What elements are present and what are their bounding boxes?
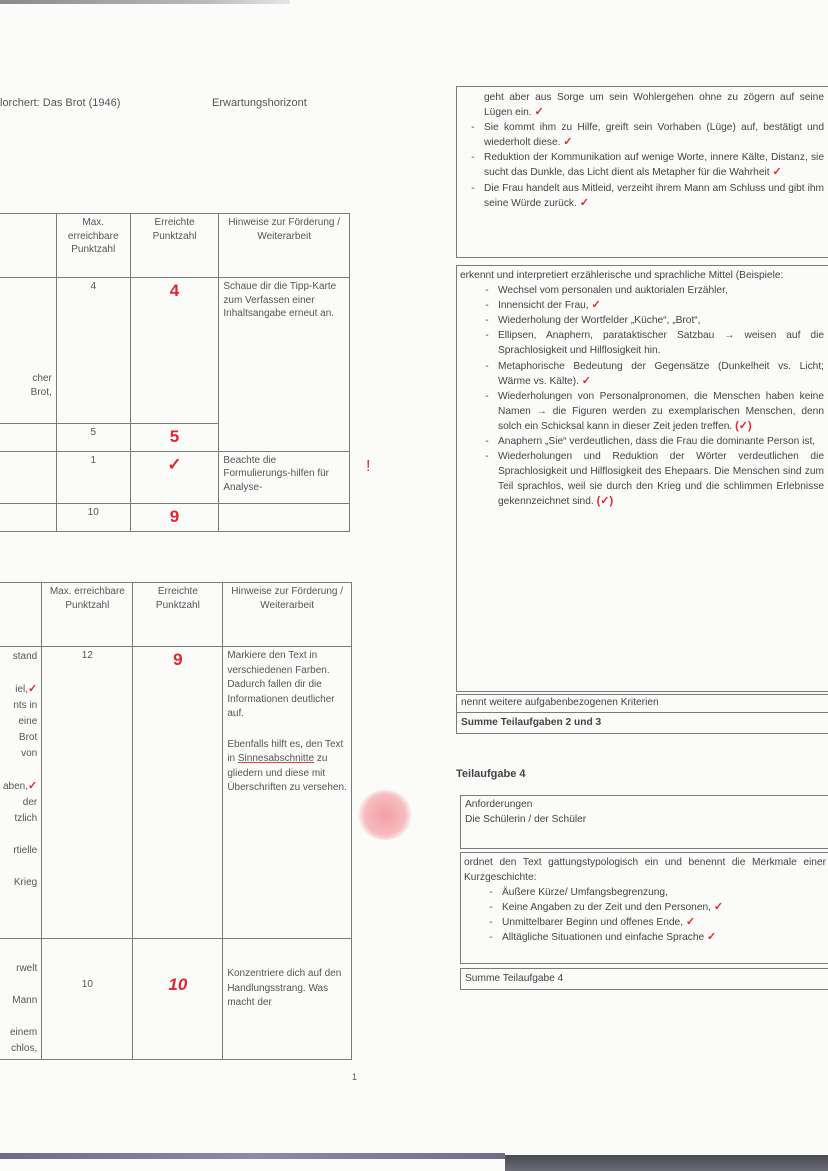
max-points-cell: 1 bbox=[56, 451, 130, 503]
list-item: -Unmittelbarer Beginn und offenes Ende, … bbox=[480, 915, 826, 930]
page-number: 1 bbox=[352, 1072, 357, 1082]
lipstick-mark bbox=[358, 790, 412, 840]
handwritten-score: 4 bbox=[170, 281, 179, 300]
task4-title: Teilaufgabe 4 bbox=[456, 767, 525, 782]
handwritten-score: 10 bbox=[168, 975, 187, 994]
list-item: -Äußere Kürze/ Umfangsbegrenzung, bbox=[480, 885, 826, 900]
scan-edge-bottom bbox=[0, 1153, 505, 1159]
list-item: -Innensicht der Frau, ✓ bbox=[476, 298, 824, 313]
requirements-label: Anforderungen bbox=[465, 797, 586, 812]
max-points-header: Max. erreichbare Punktzahl bbox=[42, 583, 133, 647]
list-item: -Anaphern „Sie“ verdeutlichen, dass die … bbox=[476, 434, 824, 449]
list-item: -Ellipsen, Anaphern, parataktischer Satz… bbox=[476, 328, 824, 358]
achieved-points-cell: 4 bbox=[130, 278, 219, 424]
req-text: tzlich bbox=[3, 811, 37, 827]
hint-text: Markiere den Text in verschiedenen Farbe… bbox=[227, 649, 347, 722]
achieved-points-cell: 9 bbox=[130, 503, 219, 531]
hints-header: Hinweise zur Förderung / Weiterarbeit bbox=[223, 583, 352, 647]
max-points-cell: 12 bbox=[42, 647, 133, 939]
list-item: -Keine Angaben zu der Zeit und den Perso… bbox=[480, 900, 826, 915]
list-item: geht aber aus Sorge um sein Wohlergehen … bbox=[462, 90, 824, 120]
check-mark-icon: ✓ bbox=[591, 299, 600, 311]
check-mark-icon: ✓ bbox=[28, 780, 37, 792]
req-text: Brot bbox=[3, 730, 37, 746]
handwritten-score: 9 bbox=[170, 507, 179, 526]
interpretation-list: geht aber aus Sorge um sein Wohlergehen … bbox=[462, 90, 824, 211]
max-points-cell: 10 bbox=[56, 503, 130, 531]
req-text: chlos, bbox=[3, 1041, 37, 1057]
req-text: iel,✓ bbox=[3, 681, 37, 698]
handwritten-score: 9 bbox=[173, 650, 182, 669]
achieved-points-header: Erreichte Punktzahl bbox=[133, 583, 223, 647]
achieved-points-cell: 9 bbox=[133, 647, 223, 939]
check-mark-icon: ✓ bbox=[534, 106, 543, 118]
document-title: lorchert: Das Brot (1946) bbox=[0, 97, 120, 109]
req-text: Brot, bbox=[3, 386, 52, 400]
grading-table-2: Max. erreichbare Punktzahl Erreichte Pun… bbox=[0, 582, 352, 1060]
means-intro: erkennt und interpretiert erzählerische … bbox=[460, 268, 824, 283]
req-text: von bbox=[3, 746, 37, 762]
hint-cell: Konzentriere dich auf den Handlungsstran… bbox=[223, 939, 352, 1060]
task4-content: ordnet den Text gattungstypologisch ein … bbox=[464, 855, 826, 946]
check-mark-icon: ✓ bbox=[686, 916, 695, 928]
hint-text-2: Ebenfalls hilft es, den Text in Sinnesab… bbox=[227, 738, 347, 796]
underlined-term: Sinnesabschnitte bbox=[238, 753, 314, 764]
hint-cell bbox=[219, 503, 350, 531]
achieved-points-cell: 5 bbox=[130, 424, 219, 452]
list-item: -Wiederholungen und Reduktion der Wörter… bbox=[476, 449, 824, 509]
check-mark-icon: ✓ bbox=[563, 136, 572, 148]
check-mark-icon: (✓) bbox=[597, 495, 614, 507]
further-criteria-text: nennt weitere aufgabenbezogenen Kriterie… bbox=[461, 695, 659, 710]
check-mark-icon: ✓ bbox=[714, 901, 723, 913]
requirement-cell: stand iel,✓ nts in eine Brot von aben,✓ … bbox=[0, 647, 42, 939]
hint-cell: Schaue dir die Tipp-Karte zum Verfassen … bbox=[219, 278, 350, 452]
sum-4-label: Summe Teilaufgabe 4 bbox=[465, 971, 563, 986]
hint-cell: Beachte die Formulierungs-hilfen für Ana… bbox=[219, 451, 350, 503]
grading-table-1: Max. erreichbare Punktzahl Erreichte Pun… bbox=[0, 213, 350, 532]
task4-header: Anforderungen Die Schülerin / der Schüle… bbox=[465, 797, 586, 827]
requirement-cell: rwelt Mann einem chlos, bbox=[0, 939, 42, 1060]
requirement-cell bbox=[0, 503, 56, 531]
requirement-header bbox=[0, 583, 42, 647]
req-text: Mann bbox=[3, 993, 37, 1009]
check-mark-icon: ✓ bbox=[580, 197, 589, 209]
scan-edge-top bbox=[0, 0, 290, 4]
achieved-points-cell: ✓ bbox=[130, 451, 219, 503]
req-text: einem bbox=[3, 1025, 37, 1041]
req-text: eine bbox=[3, 714, 37, 730]
task4-intro: ordnet den Text gattungstypologisch ein … bbox=[464, 855, 826, 885]
req-text: nts in bbox=[3, 698, 37, 714]
hint-cell: Markiere den Text in verschiedenen Farbe… bbox=[223, 647, 352, 939]
req-text: der bbox=[3, 795, 37, 811]
check-mark-icon: ✓ bbox=[582, 375, 591, 387]
document-subtitle: Erwartungshorizont bbox=[212, 97, 307, 109]
list-item: -Wechsel vom personalen und auktorialen … bbox=[476, 283, 824, 298]
handwritten-score: 5 bbox=[170, 427, 179, 446]
handwritten-check: ✓ bbox=[167, 455, 181, 474]
list-item: -Metaphorische Bedeutung der Gegensätze … bbox=[476, 359, 824, 389]
max-points-cell: 4 bbox=[56, 278, 130, 424]
req-text: cher bbox=[3, 372, 52, 386]
req-text: Krieg bbox=[3, 875, 37, 891]
requirement-cell bbox=[0, 451, 56, 503]
req-text: rtielle bbox=[3, 843, 37, 859]
scan-edge-bottom-dark bbox=[505, 1155, 828, 1171]
list-item: -Wiederholungen von Personalpronomen, di… bbox=[476, 389, 824, 434]
student-label: Die Schülerin / der Schüler bbox=[465, 812, 586, 827]
sum-23-label: Summe Teilaufgaben 2 und 3 bbox=[461, 715, 601, 730]
check-mark-icon: ✓ bbox=[28, 683, 37, 695]
max-points-cell: 10 bbox=[42, 939, 133, 1060]
list-item: -Reduktion der Kommunikation auf wenige … bbox=[462, 150, 824, 180]
check-mark-icon: ✓ bbox=[772, 166, 781, 178]
list-item: -Sie kommt ihm zu Hilfe, greift sein Vor… bbox=[462, 120, 824, 150]
max-points-header: Max. erreichbare Punktzahl bbox=[56, 214, 130, 278]
check-mark-icon: ✓ bbox=[707, 931, 716, 943]
list-item: -Alltägliche Situationen und einfache Sp… bbox=[480, 930, 826, 945]
requirement-header bbox=[0, 214, 56, 278]
req-text: aben,✓ bbox=[3, 778, 37, 795]
req-text: rwelt bbox=[3, 961, 37, 977]
achieved-points-cell: 10 bbox=[133, 939, 223, 1060]
max-points-cell: 5 bbox=[56, 424, 130, 452]
req-text: stand bbox=[3, 649, 37, 665]
exclamation-mark-annotation: ! bbox=[366, 458, 370, 476]
narrative-means-section: erkennt und interpretiert erzählerische … bbox=[460, 268, 824, 510]
requirement-cell bbox=[0, 424, 56, 452]
requirement-cell: cher Brot, bbox=[0, 278, 56, 424]
achieved-points-header: Erreichte Punktzahl bbox=[130, 214, 219, 278]
list-item: -Wiederholung der Wortfelder „Küche“, „B… bbox=[476, 313, 824, 328]
hints-header: Hinweise zur Förderung / Weiterarbeit bbox=[219, 214, 350, 278]
list-item: -Die Frau handelt aus Mitleid, verzeiht … bbox=[462, 181, 824, 211]
check-mark-icon: (✓) bbox=[735, 420, 752, 432]
